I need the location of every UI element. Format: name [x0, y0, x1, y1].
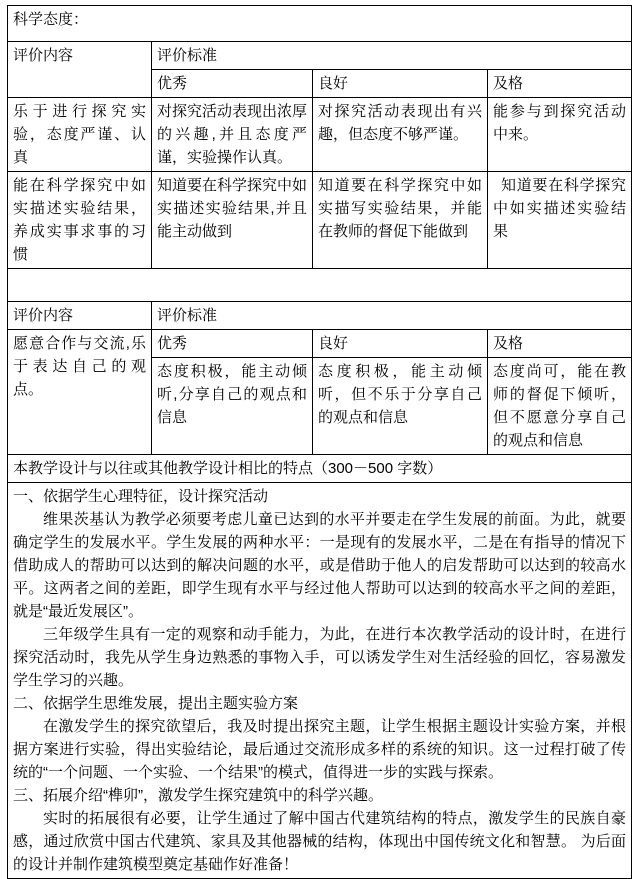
feature-title: 本教学设计与以往或其他教学设计相比的特点（300－500 字数） [8, 455, 632, 483]
table2-level-excellent: 优秀 [152, 330, 313, 358]
table2-levels-row: 愿意合作与交流,乐于表达自己的观点。 优秀 良好 及格 [8, 330, 632, 358]
table1-row2-content: 能在科学探究中如实描述实验结果，养成实事求事的习惯 [8, 172, 152, 269]
table-row: 能在科学探究中如实描述实验结果，养成实事求事的习惯 知道要在科学探究中如实描述实… [8, 172, 632, 269]
table2-row-content: 愿意合作与交流,乐于表达自己的观点。 [8, 330, 152, 455]
table1-content-header: 评价内容 [8, 42, 152, 98]
table2-content-header: 评价内容 [8, 302, 152, 330]
table-row: 乐于进行探究实验，态度严谨、认真 对探究活动表现出浓厚的兴趣,并且态度严谨，实验… [8, 98, 632, 172]
table1-row2-pass: 知道要在科学探究中如实描述实验结果 [488, 172, 632, 269]
table1-level-good: 良好 [313, 70, 488, 98]
table1-standard-header: 评价标准 [152, 42, 632, 70]
table1-header-row: 评价内容 评价标准 [8, 42, 632, 70]
table1-row2-good: 知道要在科学探究中如实描写实验结果，并能在教师的督促下能做到 [313, 172, 488, 269]
feature-title-row: 本教学设计与以往或其他教学设计相比的特点（300－500 字数） [8, 455, 632, 483]
essay-cell: 一、依据学生心理特征，设计探究活动 维果茨基认为教学必须要考虑儿童已达到的水平并… [8, 483, 632, 879]
table2-header-row: 评价内容 评价标准 [8, 302, 632, 330]
essay-paragraph: 实时的拓展很有必要，让学生通过了解中国古代建筑结构的特点，激发学生的民族自豪感，… [13, 807, 626, 876]
table2-row-good: 态度积极，能主动倾听，但不乐于分享自己的观点和信息 [313, 358, 488, 455]
table2-level-good: 良好 [313, 330, 488, 358]
table1-row1-pass: 能参与到探究活动中来。 [488, 98, 632, 172]
table2-standard-header: 评价标准 [152, 302, 632, 330]
section-title: 科学态度： [8, 6, 632, 42]
table2-level-pass: 及格 [488, 330, 632, 358]
essay-heading-1: 一、依据学生心理特征，设计探究活动 [13, 485, 626, 508]
evaluation-document-table: 科学态度： 评价内容 评价标准 优秀 良好 及格 乐于进行探究实验，态度严谨、认… [7, 5, 632, 879]
table1-row1-good: 对探究活动表现出有兴趣，但态度不够严谨。 [313, 98, 488, 172]
essay-paragraph: 三年级学生具有一定的观察和动手能力，为此，在进行本次教学活动的设计时，在进行探究… [13, 623, 626, 692]
essay-row: 一、依据学生心理特征，设计探究活动 维果茨基认为教学必须要考虑儿童已达到的水平并… [8, 483, 632, 879]
section-title-row: 科学态度： [8, 6, 632, 42]
empty-row [8, 269, 632, 302]
table1-row1-excellent: 对探究活动表现出浓厚的兴趣,并且态度严谨，实验操作认真。 [152, 98, 313, 172]
table2-row-excellent: 态度积极，能主动倾听,分享自己的观点和信息 [152, 358, 313, 455]
empty-row-cell [8, 269, 632, 302]
table2-row-pass: 态度尚可，能在教师的督促下倾听，但不愿意分享自己的观点和信息 [488, 358, 632, 455]
essay-paragraph: 维果茨基认为教学必须要考虑儿童已达到的水平并要走在学生发展的前面。为此，就要确定… [13, 508, 626, 623]
essay-heading-2: 二、依据学生思维发展，提出主题实验方案 [13, 692, 626, 715]
table1-level-excellent: 优秀 [152, 70, 313, 98]
table1-row1-content: 乐于进行探究实验，态度严谨、认真 [8, 98, 152, 172]
table1-row2-excellent: 知道要在科学探究中如实描述实验结果,并且能主动做到 [152, 172, 313, 269]
table1-level-pass: 及格 [488, 70, 632, 98]
document-page: 科学态度： 评价内容 评价标准 优秀 良好 及格 乐于进行探究实验，态度严谨、认… [0, 0, 637, 831]
essay-heading-3: 三、拓展介绍“榫卯”，激发学生探究建筑中的科学兴趣。 [13, 784, 626, 807]
essay-paragraph: 在激发学生的探究欲望后，我及时提出探究主题，让学生根据主题设计实验方案，并根据方… [13, 715, 626, 784]
